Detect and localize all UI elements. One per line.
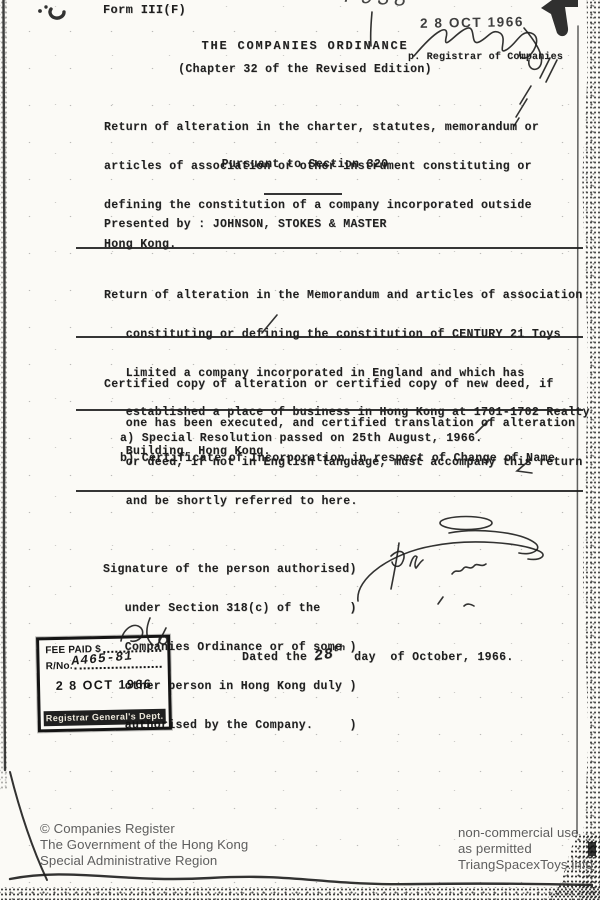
divider: [76, 409, 583, 411]
footer-line: non-commercial use: [458, 825, 593, 841]
paragraph-line: Signature of the person authorised): [103, 563, 357, 576]
scanned-document: Form III(F) F938 2 8 OCT 1966 p. Registr…: [0, 0, 600, 900]
paragraph-line: Return of alteration in the charter, sta…: [104, 121, 539, 134]
stamp-department-bar: Registrar General's Dept.: [44, 709, 166, 727]
intro-paragraph: Return of alteration in the charter, sta…: [104, 95, 539, 277]
paragraph-line: and be shortly referred to here.: [104, 495, 583, 508]
footer-line: © Companies Register: [40, 821, 248, 837]
divider-short: [264, 193, 342, 195]
divider: [76, 336, 583, 338]
paragraph-line: Hong Kong.: [104, 238, 539, 251]
form-number: Form III(F): [103, 4, 186, 17]
stamp-date: 2 8 OCT 1966: [40, 677, 168, 694]
scan-edge-bottom: [0, 887, 600, 900]
presented-by-line: Presented by : JOHNSON, STOKES & MASTER: [104, 218, 387, 231]
paragraph-line: defining the constitution of a company i…: [104, 199, 539, 212]
handwritten-day: 28th: [313, 642, 348, 663]
attachment-item-a: a) Special Resolution passed on 25th Aug…: [120, 432, 483, 445]
rno-row: R/No. A465-81: [45, 656, 161, 672]
handwritten-number: F938: [343, 0, 411, 13]
received-date-stamp: 2 8 OCT 1966: [420, 14, 524, 31]
scan-clip-mark: [541, 0, 578, 36]
handwritten-day-number: 28: [313, 646, 335, 666]
dated-line: Dated the28thday of October, 1966.: [213, 633, 514, 677]
attachment-item-b: b) Certificate of Incorporation in respe…: [120, 452, 555, 465]
footer-line: as permitted: [458, 841, 593, 857]
document-subtitle: (Chapter 32 of the Revised Edition): [85, 63, 525, 76]
handwritten-day-suffix: th: [333, 643, 347, 655]
paragraph-line: under Section 318(c) of the ): [103, 602, 357, 615]
divider: [76, 247, 583, 249]
paragraph-line: Certified copy of alteration or certifie…: [104, 378, 583, 391]
rno-label: R/No.: [46, 661, 73, 673]
divider: [76, 490, 583, 492]
footer-usage-notice: non-commercial use as permitted TriangSp…: [458, 825, 593, 872]
footer-line: TriangSpacexToys.info: [458, 857, 593, 873]
dated-prefix: Dated the: [242, 651, 307, 664]
paragraph-line: Return of alteration in the Memorandum a…: [104, 289, 590, 302]
punch-hole-mark: [39, 6, 64, 18]
dated-rest: day of October, 1966.: [354, 651, 514, 664]
paragraph-line: one has been executed, and certified tra…: [104, 417, 583, 430]
footer-line: Special Administrative Region: [40, 853, 248, 869]
paragraph-line: constituting or defining the constitutio…: [104, 328, 590, 341]
scan-edge-left: [0, 0, 8, 790]
footer-line: The Government of the Hong Kong: [40, 837, 248, 853]
fee-paid-stamp: FEE PAID $ R/No. A465-81 2 8 OCT 1966 Re…: [36, 635, 172, 733]
document-title: THE COMPANIES ORDINANCE: [85, 40, 525, 53]
footer-copyright: © Companies Register The Government of t…: [40, 821, 248, 868]
pursuant-line: Pursuant to Section 320: [85, 158, 525, 171]
